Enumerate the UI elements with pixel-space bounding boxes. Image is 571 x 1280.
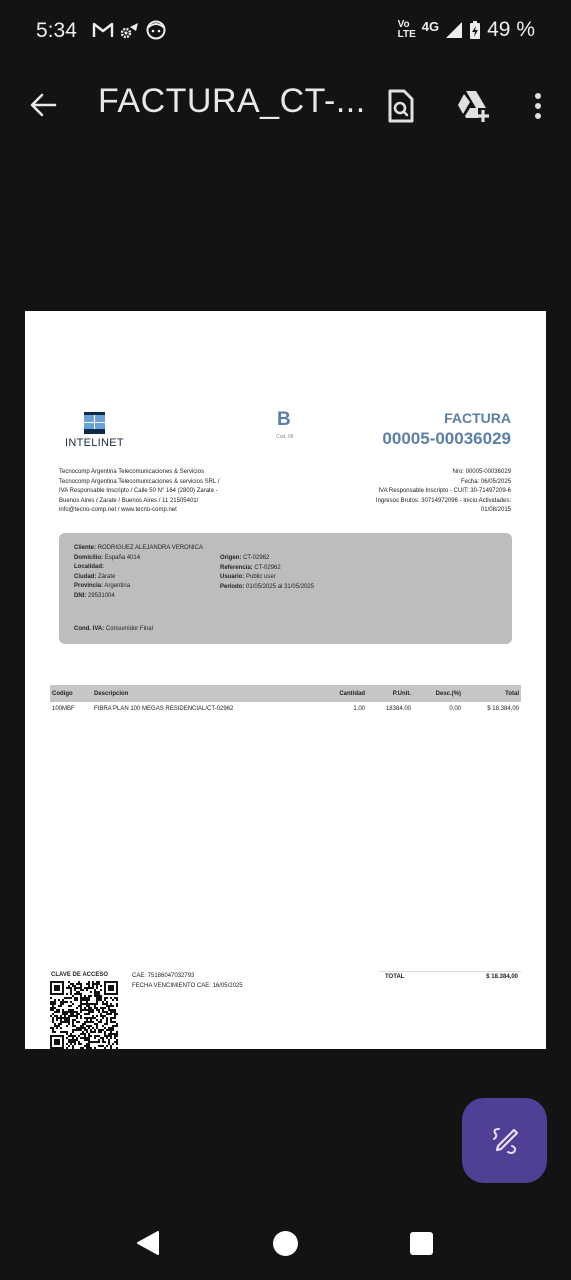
invoice-type-letter: B bbox=[277, 409, 291, 431]
volte-indicator: Vo LTE bbox=[398, 20, 416, 40]
client-name-label: Cliente: bbox=[74, 545, 96, 551]
invoice-number: 00005-00036029 bbox=[382, 429, 511, 449]
cell-descuento: 0.00 bbox=[413, 702, 463, 716]
add-to-drive-button[interactable] bbox=[454, 88, 494, 124]
user-row: Usuario: Public user bbox=[220, 573, 380, 583]
client-dni-value: 29531004 bbox=[88, 593, 115, 599]
access-key-label: CLAVE DE ACCESO bbox=[51, 972, 108, 978]
client-name-row: Cliente: RODRIGUEZ ALEJANDRA VERONICA bbox=[74, 544, 204, 554]
iva-condition-value: Consumidor Final bbox=[106, 626, 153, 632]
signal-icon bbox=[445, 21, 463, 39]
cae-expiry: FECHA VENCIMIENTO CAE: 16/05/2025 bbox=[132, 981, 243, 991]
drive-add-icon bbox=[454, 88, 494, 124]
system-icons: Vo LTE 4G 49 % bbox=[398, 18, 535, 42]
origin-label: Origen: bbox=[220, 555, 241, 561]
iva-condition-label: Cond. IVA: bbox=[74, 626, 104, 632]
cell-total: $ 18.384,00 bbox=[463, 702, 521, 716]
client-locality-label: Localidad: bbox=[74, 564, 104, 570]
reference-value: CT-02962 bbox=[254, 565, 280, 571]
cae-info: CAE: 75186047032793 FECHA VENCIMIENTO CA… bbox=[132, 971, 243, 991]
company-info: Tecnocomp Argentina Telecomunicaciones &… bbox=[59, 468, 259, 516]
reference-label: Referencia: bbox=[220, 565, 253, 571]
header-cantidad: Cantidad bbox=[317, 685, 367, 702]
iva-condition-row: Cond. IVA: Consumidor Final bbox=[74, 626, 153, 632]
search-document-icon bbox=[384, 88, 418, 124]
cell-descripcion: FIBRA PLAN 100 MEGAS RESIDENCIAL/CT-0296… bbox=[92, 702, 317, 716]
navigation-bar bbox=[0, 1200, 571, 1280]
company-logo: INTELINET bbox=[65, 412, 125, 449]
more-vert-icon-dot bbox=[535, 93, 541, 99]
origin-row: Origen: CT-02962 bbox=[220, 554, 380, 564]
client-locality-row: Localidad: bbox=[74, 563, 204, 573]
meta-line: Nro: 00005-00036029 bbox=[291, 468, 511, 478]
origin-value: CT-02962 bbox=[243, 555, 269, 561]
nav-home-button[interactable] bbox=[273, 1231, 298, 1256]
cell-punit: 18384.00 bbox=[367, 702, 413, 716]
search-in-document-button[interactable] bbox=[384, 88, 418, 124]
invoice-title: FACTURA bbox=[444, 410, 511, 426]
cae-number: CAE: 75186047032793 bbox=[132, 971, 243, 981]
intelinet-logo-icon bbox=[84, 412, 105, 434]
meta-line: Fecha: 06/05/2025 bbox=[291, 478, 511, 488]
nav-back-button[interactable] bbox=[136, 1230, 160, 1256]
network-type: 4G bbox=[422, 19, 439, 34]
user-label: Usuario: bbox=[220, 574, 244, 580]
company-line: Tecnocomp Argentina Telecomunicaciones &… bbox=[59, 468, 259, 478]
status-time: 5:34 bbox=[36, 19, 77, 43]
client-dni-row: DNI: 29531004 bbox=[74, 592, 204, 602]
client-address-label: Domicilio: bbox=[74, 555, 103, 561]
client-city-row: Ciudad: Zárate bbox=[74, 573, 204, 583]
client-province-value: Argentina bbox=[104, 583, 130, 589]
header-total: Total bbox=[463, 685, 521, 702]
notification-icons bbox=[92, 20, 166, 40]
period-value: 01/05/2025 al 31/05/2025 bbox=[246, 584, 314, 590]
header-descripcion: Descripcion bbox=[92, 685, 317, 702]
client-details: Cliente: RODRIGUEZ ALEJANDRA VERONICA Do… bbox=[74, 544, 204, 602]
meta-line: IVA Responsable Inscripto - CUIT: 30-714… bbox=[291, 487, 511, 497]
gmail-icon bbox=[92, 21, 114, 39]
company-line: IVA Responsable Inscripto / Calle 50 N° … bbox=[59, 487, 259, 497]
period-label: Periodo: bbox=[220, 584, 244, 590]
table-header-row: Codigo Descripcion Cantidad P.Unit. Desc… bbox=[50, 685, 521, 702]
company-line: Buenos Aires / Zarate / Buenos Aires / 1… bbox=[59, 497, 259, 507]
annotate-fab[interactable] bbox=[462, 1098, 547, 1183]
client-address-value: España 4014 bbox=[105, 555, 140, 561]
invoice-type-code: Cod. 06 bbox=[276, 434, 294, 440]
nav-recents-button[interactable] bbox=[410, 1232, 433, 1255]
company-line: Tecnocomp Argentina Telecomunicaciones &… bbox=[59, 478, 259, 488]
period-row: Periodo: 01/05/2025 al 31/05/2025 bbox=[220, 583, 380, 593]
meta-line: Ingresos Brutos: 30714972096 - Inicio Ac… bbox=[291, 497, 511, 507]
client-province-label: Provincia: bbox=[74, 583, 103, 589]
app-bar: FACTURA_CT-... bbox=[0, 64, 571, 148]
total-divider bbox=[379, 971, 521, 972]
table-row: 100MBF FIBRA PLAN 100 MEGAS RESIDENCIAL/… bbox=[50, 702, 521, 716]
back-button[interactable] bbox=[26, 86, 60, 124]
lte-label: LTE bbox=[398, 30, 416, 40]
document-title: FACTURA_CT-... bbox=[98, 82, 366, 121]
qr-code-icon bbox=[50, 981, 118, 1049]
arrow-back-icon bbox=[29, 91, 57, 119]
settings-wifi-icon bbox=[120, 21, 140, 39]
items-table: Codigo Descripcion Cantidad P.Unit. Desc… bbox=[50, 685, 521, 716]
cell-codigo: 100MBF bbox=[50, 702, 92, 716]
header-descuento: Desc.(%) bbox=[413, 685, 463, 702]
client-province-row: Provincia: Argentina bbox=[74, 582, 204, 592]
client-dni-label: DNI: bbox=[74, 593, 86, 599]
pdf-page[interactable]: INTELINET B Cod. 06 FACTURA 00005-000360… bbox=[25, 311, 546, 1049]
company-line: info@tecno-comp.net / www.tecno-comp.net bbox=[59, 506, 259, 516]
battery-charging-icon bbox=[469, 20, 481, 40]
header-codigo: Codigo bbox=[50, 685, 92, 702]
more-vert-icon-dot bbox=[535, 113, 541, 119]
meta-line: 01/08/2015 bbox=[291, 506, 511, 516]
more-options-button[interactable] bbox=[526, 88, 550, 124]
client-city-label: Ciudad: bbox=[74, 574, 96, 580]
header-punit: P.Unit. bbox=[367, 685, 413, 702]
more-vert-icon-dot bbox=[535, 103, 541, 109]
total-value: $ 18.384,00 bbox=[486, 974, 518, 980]
client-city-value: Zárate bbox=[98, 574, 115, 580]
order-details: Origen: CT-02962 Referencia: CT-02962 Us… bbox=[220, 554, 380, 592]
invoice-meta: Nro: 00005-00036029 Fecha: 06/05/2025 IV… bbox=[291, 468, 511, 516]
battery-percent: 49 % bbox=[487, 18, 535, 42]
edit-signature-icon bbox=[490, 1126, 520, 1156]
client-address-row: Domicilio: España 4014 bbox=[74, 554, 204, 564]
user-value: Public user bbox=[246, 574, 276, 580]
client-info-box: Cliente: RODRIGUEZ ALEJANDRA VERONICA Do… bbox=[59, 533, 512, 644]
status-bar: 5:34 Vo LTE 4G 49 % bbox=[0, 0, 571, 64]
cell-cantidad: 1.00 bbox=[317, 702, 367, 716]
client-name-value: RODRIGUEZ ALEJANDRA VERONICA bbox=[98, 545, 203, 551]
reference-row: Referencia: CT-02962 bbox=[220, 564, 380, 574]
face-icon bbox=[146, 20, 166, 40]
total-label: TOTAL bbox=[385, 974, 404, 980]
logo-text: INTELINET bbox=[65, 437, 125, 449]
